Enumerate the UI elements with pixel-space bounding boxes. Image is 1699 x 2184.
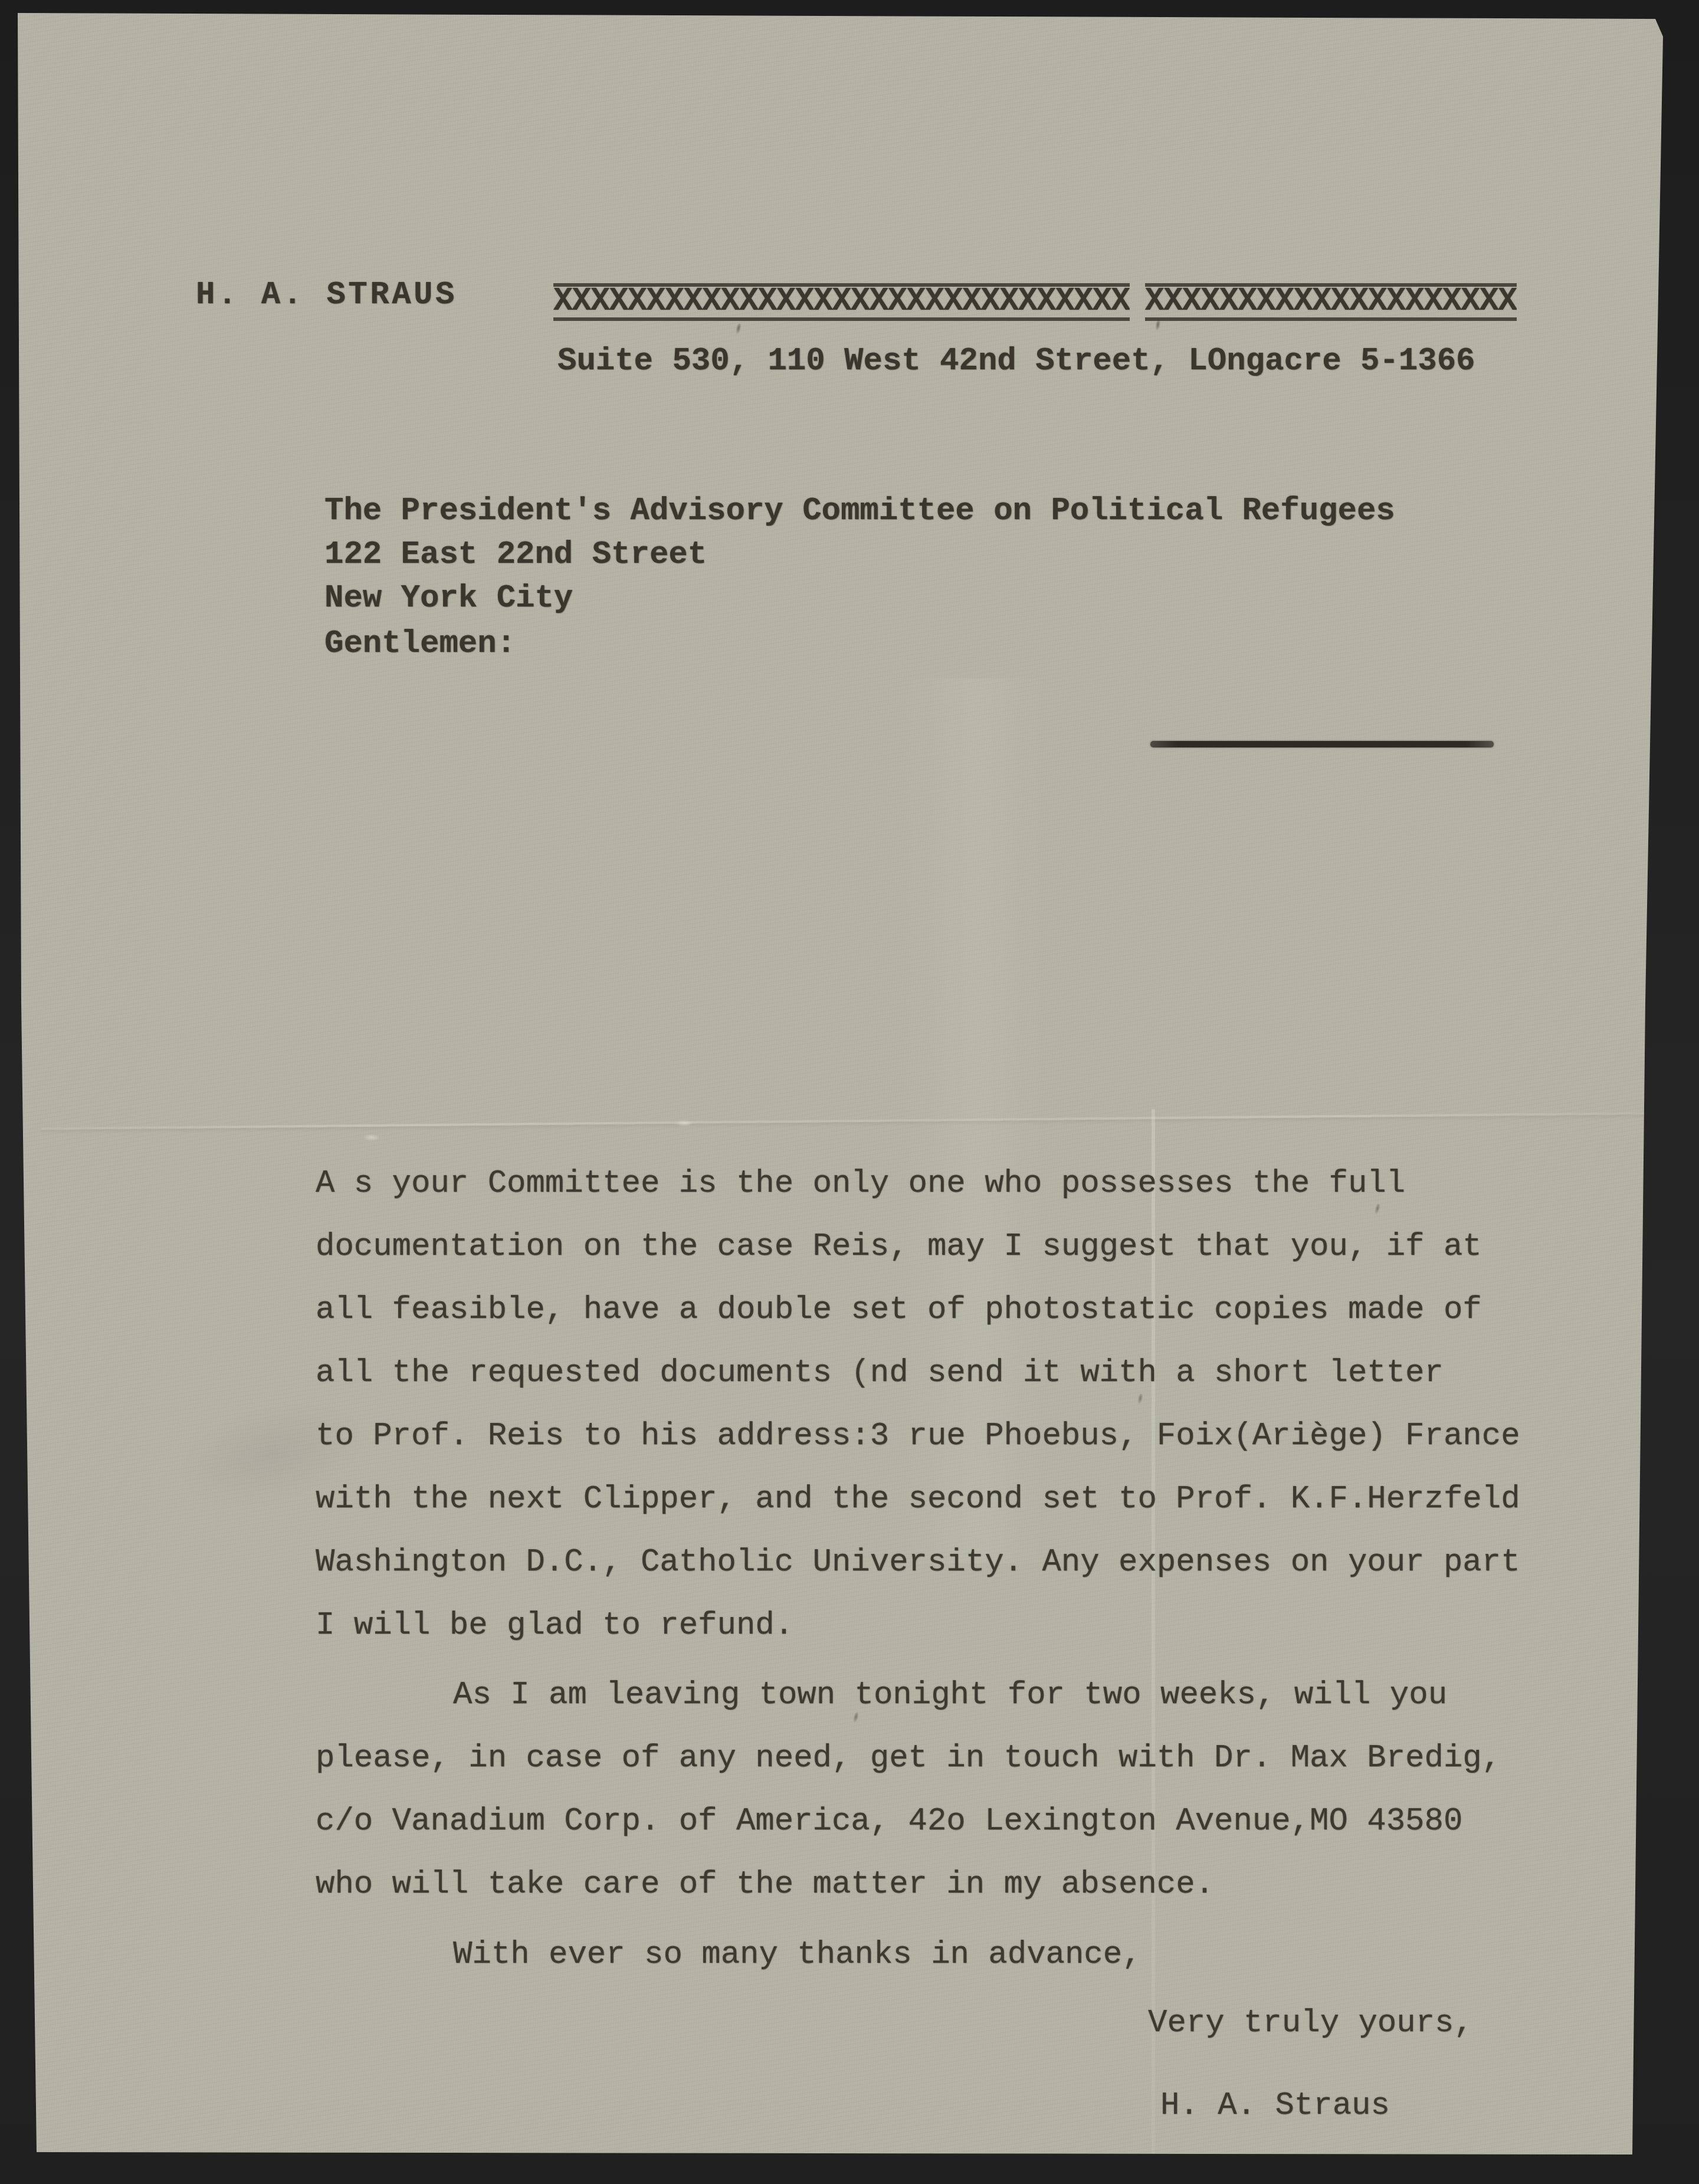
ink-speck-4 bbox=[1136, 1393, 1144, 1405]
body-p2-line-2: please, in case of any need, get in touc… bbox=[316, 1742, 1501, 1776]
salutation: Gentlemen: bbox=[324, 627, 516, 661]
thanks-line: With ever so many thanks in advance, bbox=[453, 1938, 1142, 1972]
body-p1-line-3: all feasible, have a double set of photo… bbox=[316, 1293, 1482, 1327]
body-p1-line-6: with the next Clipper, and the second se… bbox=[316, 1483, 1520, 1517]
recipient-line-3: New York City bbox=[324, 582, 573, 616]
recipient-line-2: 122 East 22nd Street bbox=[324, 538, 707, 572]
letter-paper: H. A. STRAUS XXXXXXXXXXXXXXXXXXXXXXXXXXX… bbox=[0, 0, 1699, 2184]
crease-highlight-1 bbox=[363, 1134, 381, 1141]
body-p1-line-7: Washington D.C., Catholic University. An… bbox=[316, 1546, 1520, 1580]
body-p1-line-8: I will be glad to refund. bbox=[316, 1609, 793, 1643]
body-p1-line-4: all the requested documents (nd send it … bbox=[316, 1356, 1444, 1391]
scanned-letter-page: H. A. STRAUS XXXXXXXXXXXXXXXXXXXXXXXXXXX… bbox=[0, 0, 1699, 2184]
body-p1-line-5: to Prof. Reis to his address:3 rue Phoeb… bbox=[316, 1419, 1520, 1454]
redaction-segment-1: XXXXXXXXXXXXXXXXXXXXXXXXXXXXXXX bbox=[553, 283, 1130, 321]
ink-speck-3 bbox=[1373, 1203, 1381, 1216]
body-p2-line-1: As I am leaving town tonight for two wee… bbox=[453, 1678, 1447, 1713]
signature-typed: H. A. Straus bbox=[1160, 2089, 1390, 2123]
ink-speck-5 bbox=[852, 1711, 860, 1724]
redaction-strikeout-row: XXXXXXXXXXXXXXXXXXXXXXXXXXXXXXXXXXXXXXXX… bbox=[553, 283, 1517, 321]
body-p2-line-3: c/o Vanadium Corp. of America, 42o Lexin… bbox=[316, 1805, 1462, 1839]
ink-speck-1 bbox=[734, 323, 743, 336]
body-p1-line-2: documentation on the case Reis, may I su… bbox=[316, 1230, 1482, 1264]
body-p2-line-4: who will take care of the matter in my a… bbox=[316, 1868, 1214, 1902]
sender-name: H. A. STRAUS bbox=[196, 278, 457, 313]
closing-line: Very truly yours, bbox=[1148, 2006, 1473, 2041]
redaction-segment-2: XXXXXXXXXXXXXXXXXXXX bbox=[1145, 283, 1517, 321]
paper-crease-horizontal bbox=[41, 1112, 1658, 1130]
ink-speck-2 bbox=[1154, 319, 1161, 332]
paper-crease-vertical bbox=[1152, 1109, 1155, 2153]
recipient-line-1: The President's Advisory Committee on Po… bbox=[324, 494, 1395, 529]
sender-contact-line: Suite 530, 110 West 42nd Street, LOngacr… bbox=[557, 345, 1475, 379]
paper-grain-texture bbox=[0, 0, 1699, 2184]
ink-underline-rule bbox=[1150, 741, 1494, 747]
body-p1-line-1: A s your Committee is the only one who p… bbox=[316, 1167, 1405, 1201]
crease-highlight-2 bbox=[675, 1120, 693, 1127]
